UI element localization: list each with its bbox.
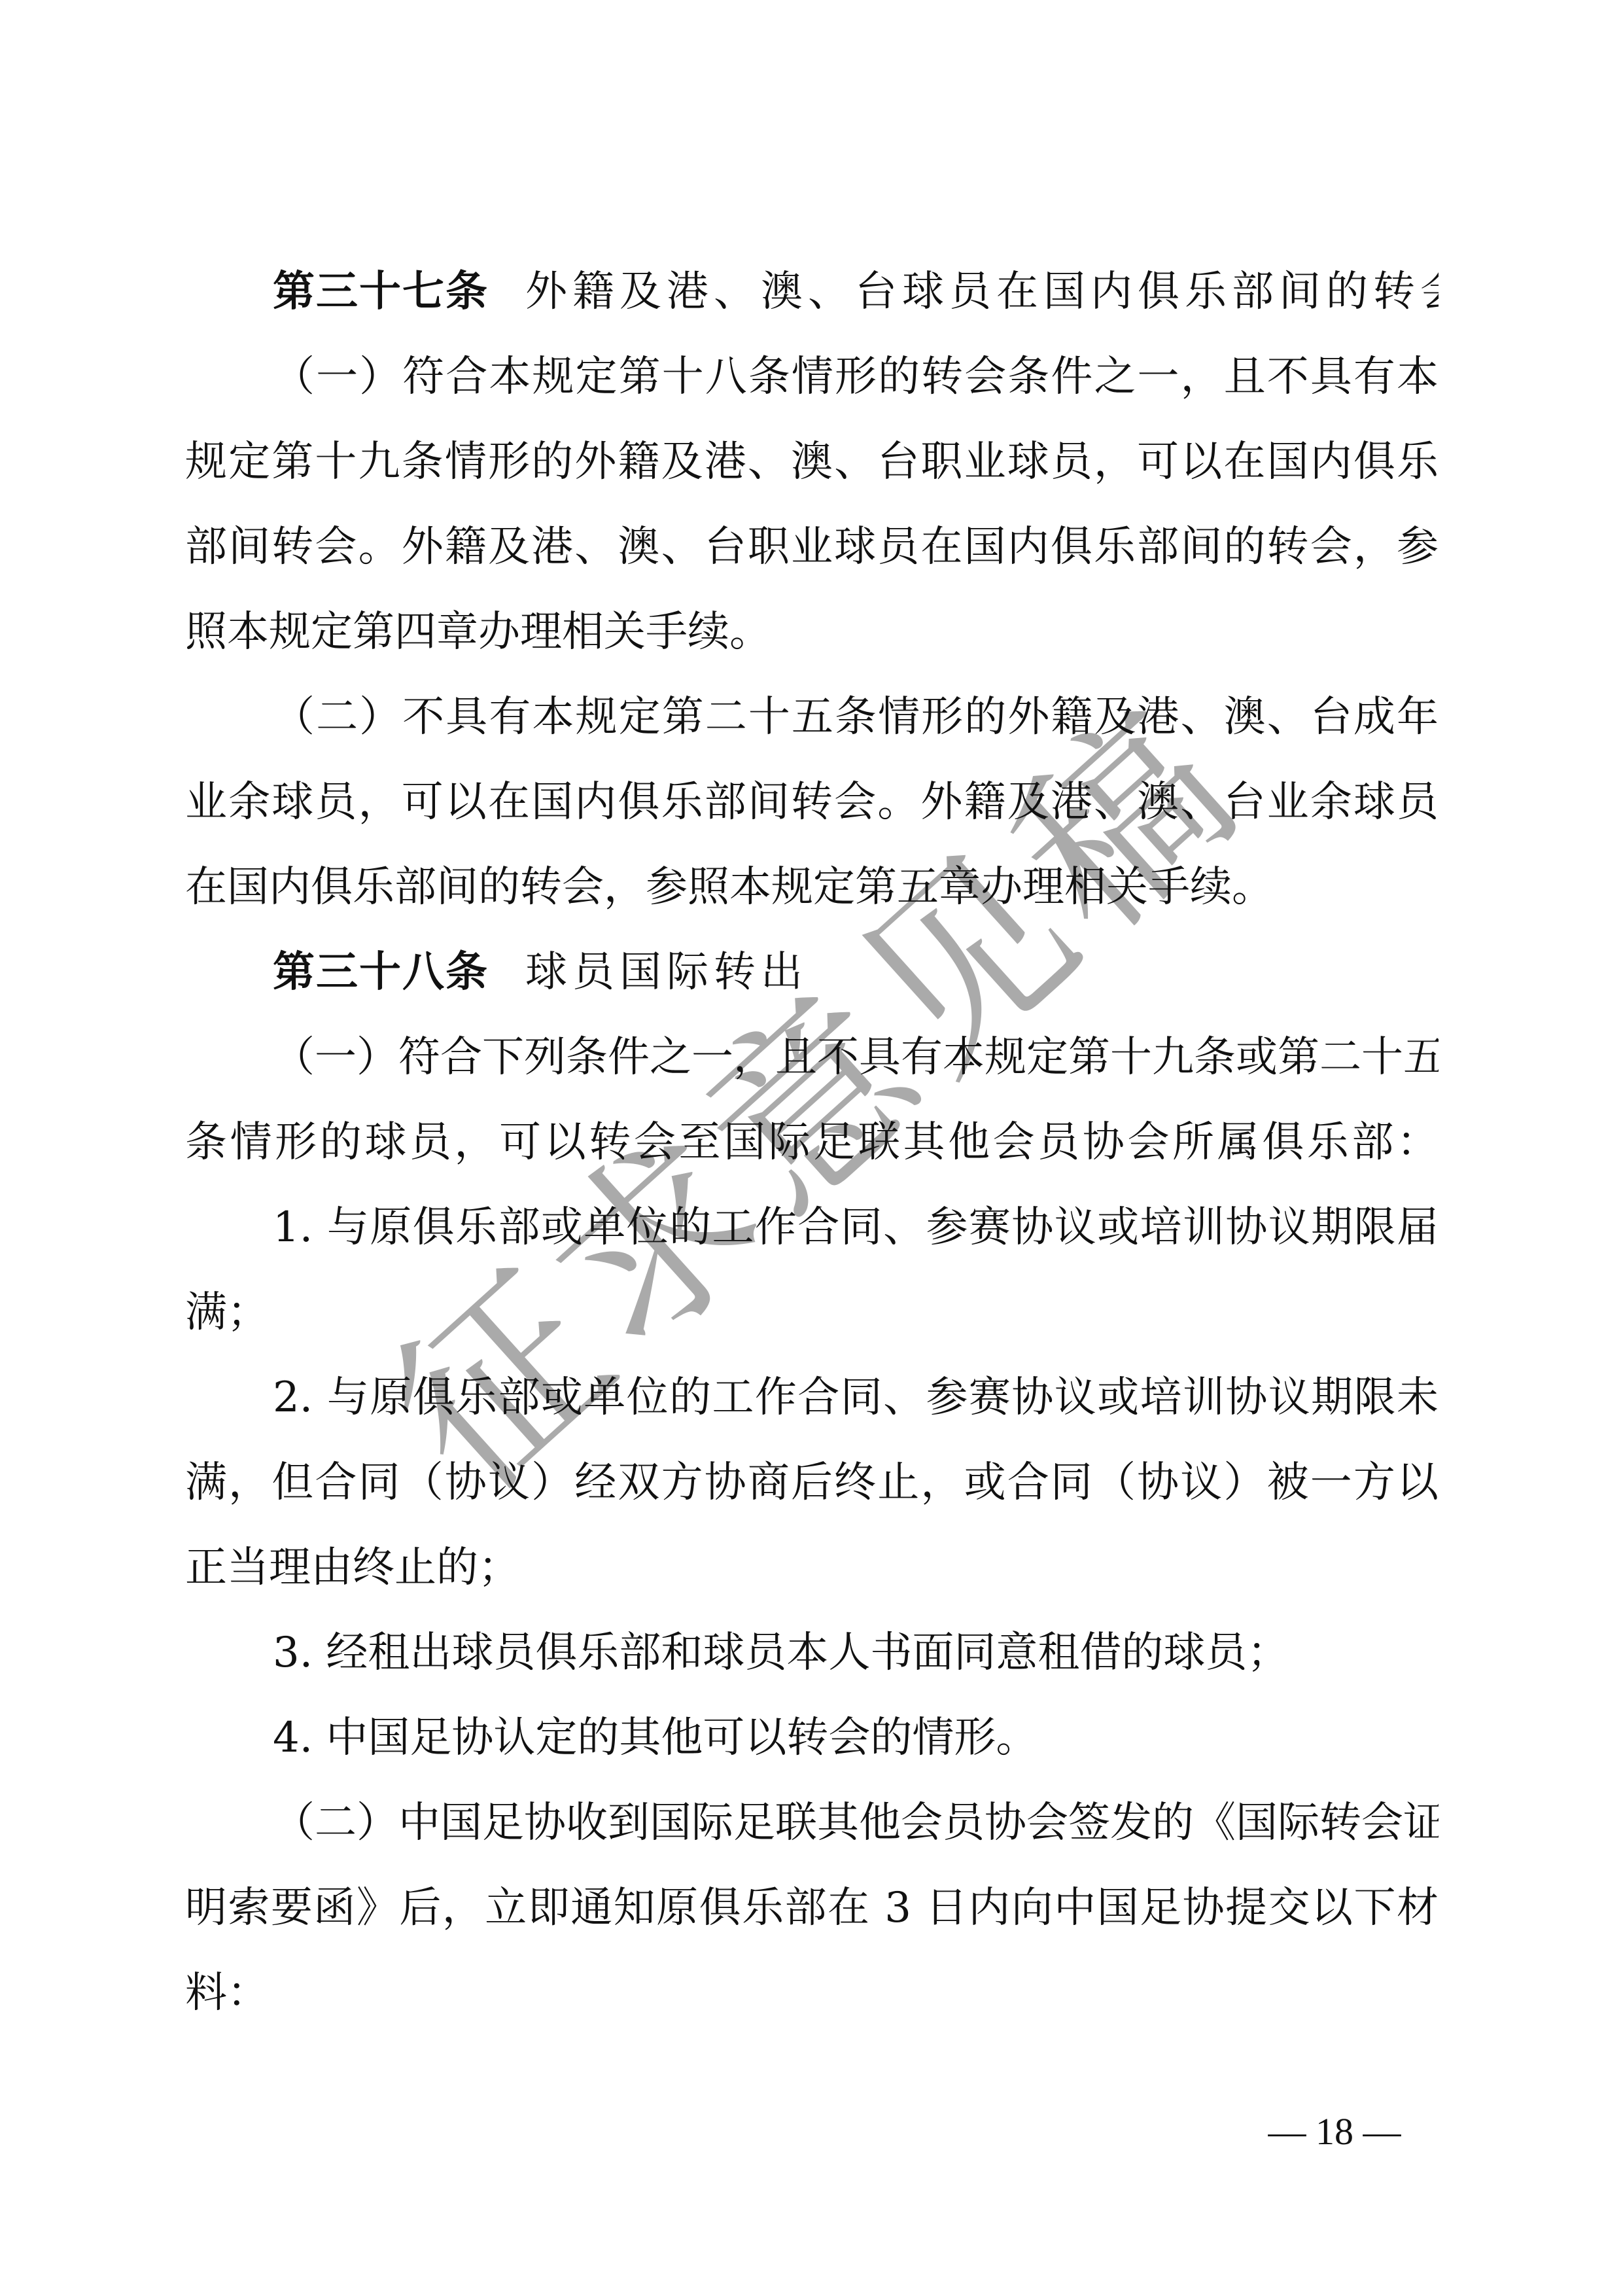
article-title: 球员国际转出 <box>525 948 808 997</box>
paragraph-line: 条情形的球员，可以转会至国际足联其他会员协会所属俱乐部： <box>185 1100 1439 1185</box>
article-number: 第三十八条 <box>273 948 489 997</box>
article-heading: 第三十八条球员国际转出 <box>185 930 1439 1015</box>
paragraph-line: 业余球员，可以在国内俱乐部间转会。外籍及港、澳、台业余球员 <box>185 760 1439 845</box>
paragraph-line: 料： <box>185 1951 1439 2036</box>
paragraph-line: （二）中国足协收到国际足联其他会员协会签发的《国际转会证 <box>185 1780 1439 1865</box>
paragraph-line: 在国内俱乐部间的转会，参照本规定第五章办理相关手续。 <box>185 845 1439 930</box>
list-item-line: 3. 经租出球员俱乐部和球员本人书面同意租借的球员； <box>185 1610 1439 1695</box>
article-heading: 第三十七条外籍及港、澳、台球员在国内俱乐部间的转会 <box>185 249 1439 334</box>
document-body: 第三十七条外籍及港、澳、台球员在国内俱乐部间的转会 （一）符合本规定第十八条情形… <box>185 249 1439 2036</box>
list-item-line: 满； <box>185 1270 1439 1355</box>
list-item-line: 满，但合同（协议）经双方协商后终止，或合同（协议）被一方以 <box>185 1440 1439 1525</box>
list-item-line: 正当理由终止的； <box>185 1525 1439 1610</box>
paragraph-line: 规定第十九条情形的外籍及港、澳、台职业球员，可以在国内俱乐 <box>185 419 1439 504</box>
paragraph-line: 照本规定第四章办理相关手续。 <box>185 590 1439 675</box>
paragraph-line: （一）符合本规定第十八条情形的转会条件之一，且不具有本 <box>185 334 1439 419</box>
document-page: 征求意见稿 第三十七条外籍及港、澳、台球员在国内俱乐部间的转会 （一）符合本规定… <box>0 0 1623 2296</box>
paragraph-line: （一）符合下列条件之一，且不具有本规定第十九条或第二十五 <box>185 1015 1439 1100</box>
paragraph-line: （二）不具有本规定第二十五条情形的外籍及港、澳、台成年 <box>185 675 1439 760</box>
paragraph-line: 明索要函》后，立即通知原俱乐部在 3 日内向中国足协提交以下材 <box>185 1865 1439 1951</box>
article-title: 外籍及港、澳、台球员在国内俱乐部间的转会 <box>525 268 1439 316</box>
page-number: — 18 — <box>1261 2107 1408 2157</box>
paragraph-line: 部间转会。外籍及港、澳、台职业球员在国内俱乐部间的转会，参 <box>185 504 1439 590</box>
list-item-line: 1. 与原俱乐部或单位的工作合同、参赛协议或培训协议期限届 <box>185 1185 1439 1270</box>
article-number: 第三十七条 <box>273 268 489 316</box>
list-item-line: 4. 中国足协认定的其他可以转会的情形。 <box>185 1695 1439 1780</box>
list-item-line: 2. 与原俱乐部或单位的工作合同、参赛协议或培训协议期限未 <box>185 1355 1439 1440</box>
